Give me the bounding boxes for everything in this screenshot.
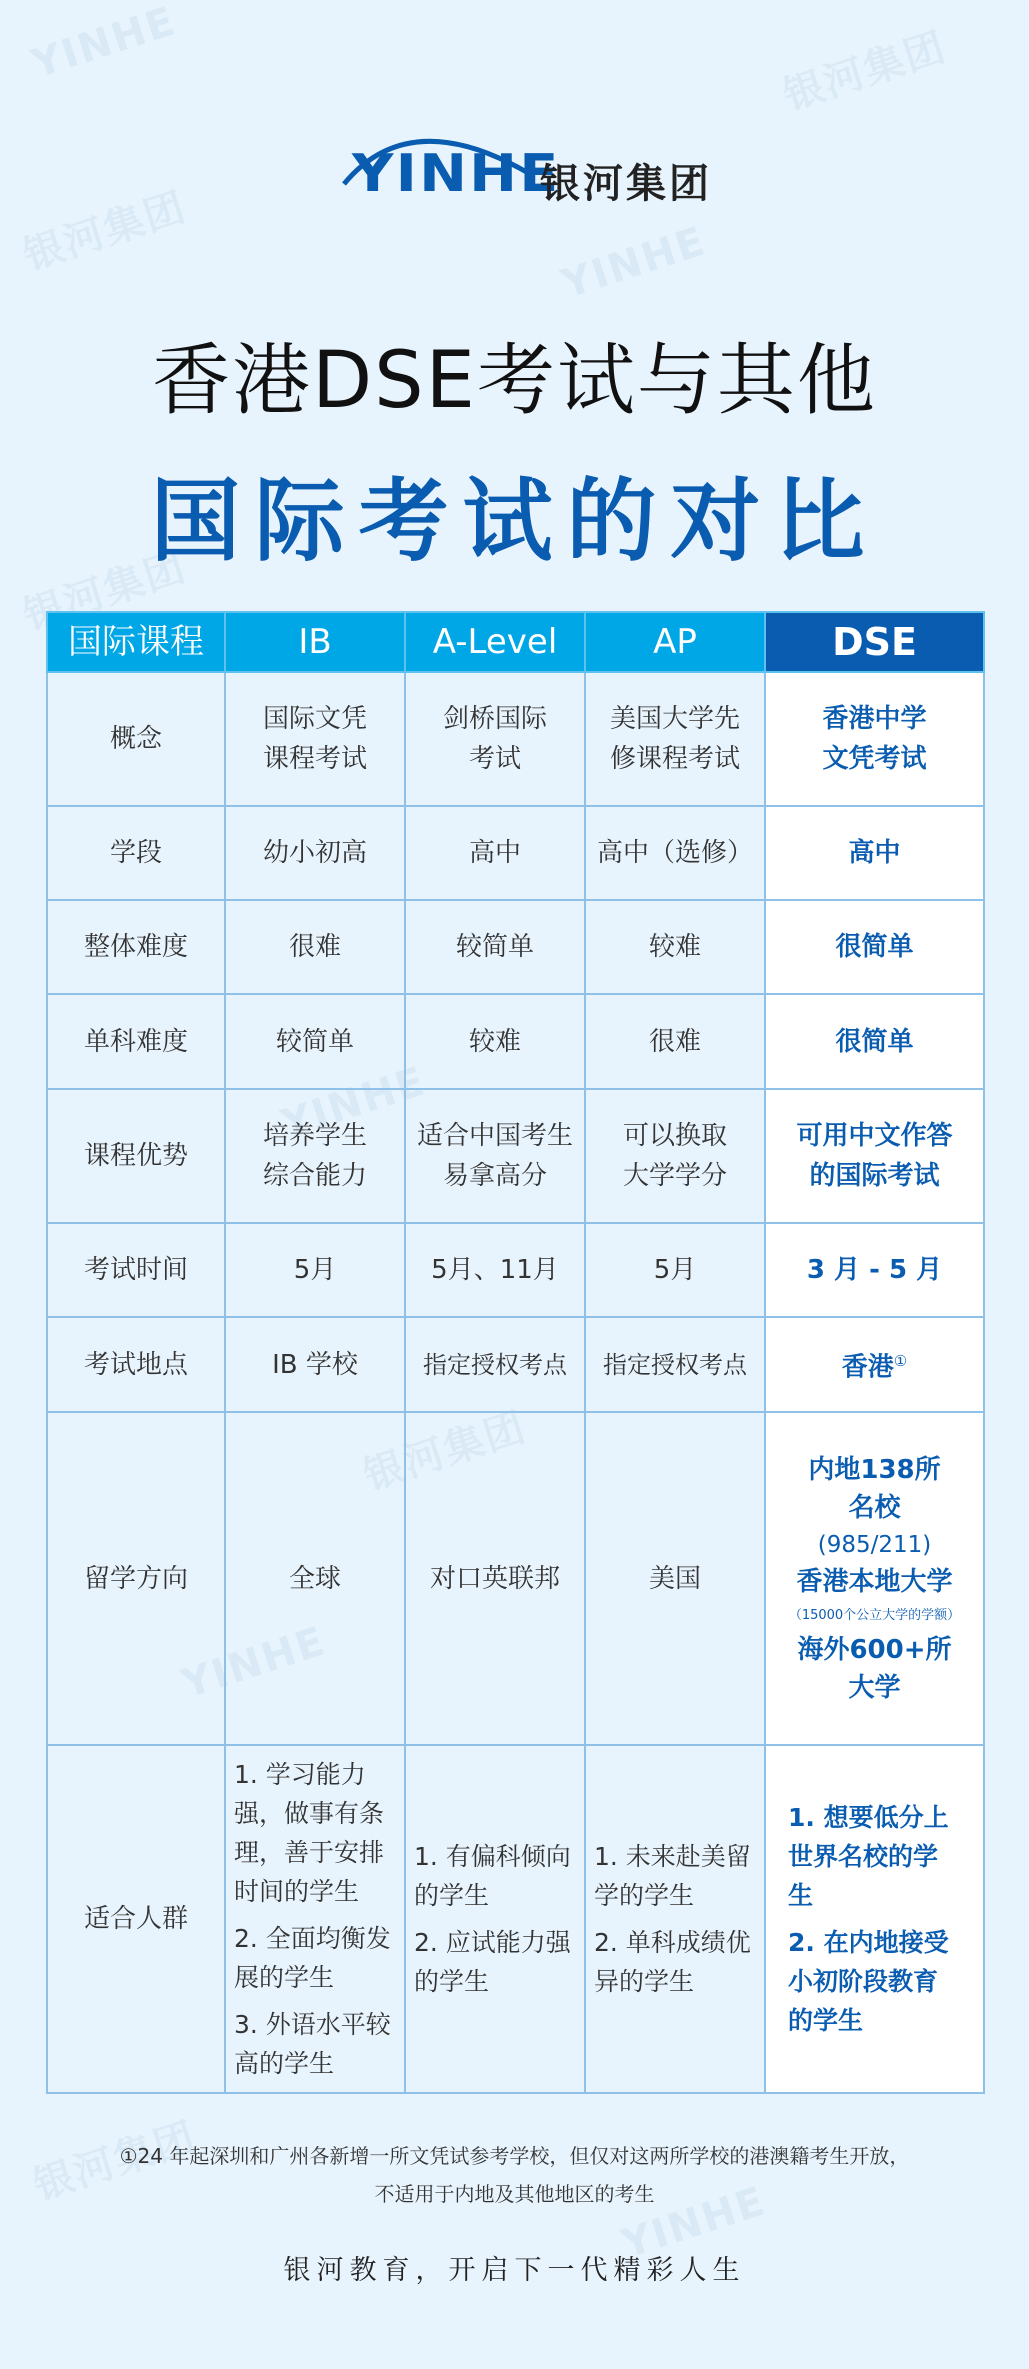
row-label: 课程优势 (47, 1089, 225, 1223)
header-dse: DSE (765, 612, 984, 672)
cell-ib: 1. 学习能力强，做事有条理，善于安排时间的学生 2. 全面均衡发展的学生 3.… (225, 1745, 405, 2093)
header-ib: IB (225, 612, 405, 672)
table-row: 留学方向 全球 对口英联邦 美国 内地138所 名校 (985/211) 香港本… (47, 1412, 984, 1745)
cell-ib: 5月 (225, 1223, 405, 1317)
cell-dse: 很简单 (765, 994, 984, 1089)
comparison-table: 国际课程 IB A-Level AP DSE 概念 国际文凭课程考试 剑桥国际考… (46, 611, 985, 2094)
cell-dse: 香港中学文凭考试 (765, 672, 984, 806)
cell-dse: 内地138所 名校 (985/211) 香港本地大学 （15000个公立大学的学… (765, 1412, 984, 1745)
cell-ap: 可以换取大学学分 (585, 1089, 765, 1223)
cell-ap: 指定授权考点 (585, 1317, 765, 1412)
cell-ap: 较难 (585, 900, 765, 994)
cell-ap: 1. 未来赴美留学的学生 2. 单科成绩优异的学生 (585, 1745, 765, 2093)
table-row: 整体难度 很难 较简单 较难 很简单 (47, 900, 984, 994)
cell-ap: 美国大学先修课程考试 (585, 672, 765, 806)
watermark: 银河集团 (15, 175, 192, 281)
table-header-row: 国际课程 IB A-Level AP DSE (47, 612, 984, 672)
cell-dse: 3 月 - 5 月 (765, 1223, 984, 1317)
cell-dse: 香港① (765, 1317, 984, 1412)
header-ap: AP (585, 612, 765, 672)
cell-alevel: 剑桥国际考试 (405, 672, 585, 806)
cell-ib: 幼小初高 (225, 806, 405, 900)
cell-dse: 1. 想要低分上世界名校的学生 2. 在内地接受小初阶段教育的学生 (765, 1745, 984, 2093)
table-row: 学段 幼小初高 高中 高中（选修） 高中 (47, 806, 984, 900)
cell-dse: 可用中文作答的国际考试 (765, 1089, 984, 1223)
cell-alevel: 1. 有偏科倾向的学生 2. 应试能力强的学生 (405, 1745, 585, 2093)
table-row: 课程优势 培养学生综合能力 适合中国考生易拿高分 可以换取大学学分 可用中文作答… (47, 1089, 984, 1223)
cell-dse: 很简单 (765, 900, 984, 994)
cell-ap: 高中（选修） (585, 806, 765, 900)
table-row: 单科难度 较简单 较难 很难 很简单 (47, 994, 984, 1089)
table-row: 考试时间 5月 5月、11月 5月 3 月 - 5 月 (47, 1223, 984, 1317)
cell-ap: 美国 (585, 1412, 765, 1745)
table-row: 考试地点 IB 学校 指定授权考点 指定授权考点 香港① (47, 1317, 984, 1412)
row-label: 适合人群 (47, 1745, 225, 2093)
row-label: 考试时间 (47, 1223, 225, 1317)
table-row: 概念 国际文凭课程考试 剑桥国际考试 美国大学先修课程考试 香港中学文凭考试 (47, 672, 984, 806)
page-title-line1: 香港DSE考试与其他 (0, 318, 1029, 430)
cell-alevel: 较简单 (405, 900, 585, 994)
watermark: 银河集团 (775, 15, 952, 121)
row-label: 学段 (47, 806, 225, 900)
page-title-line2: 国际考试的对比 (0, 448, 1029, 578)
cell-ib: 很难 (225, 900, 405, 994)
footnote: ①24 年起深圳和广州各新增一所文凭试参考学校，但仅对这两所学校的港澳籍考生开放… (0, 2137, 1029, 2213)
table-row: 适合人群 1. 学习能力强，做事有条理，善于安排时间的学生 2. 全面均衡发展的… (47, 1745, 984, 2093)
logo-chinese-text: 银河集团 (540, 152, 712, 209)
footnote-mark: ① (894, 1352, 907, 1370)
brand-logo: YINHE 银河集团 (300, 110, 730, 200)
cell-alevel: 高中 (405, 806, 585, 900)
cell-ib: 培养学生综合能力 (225, 1089, 405, 1223)
row-label: 留学方向 (47, 1412, 225, 1745)
cell-alevel: 较难 (405, 994, 585, 1089)
cell-alevel: 5月、11月 (405, 1223, 585, 1317)
header-course: 国际课程 (47, 612, 225, 672)
slogan: 银河教育，开启下一代精彩人生 (0, 2248, 1029, 2287)
cell-dse: 高中 (765, 806, 984, 900)
cell-ib: 全球 (225, 1412, 405, 1745)
row-label: 整体难度 (47, 900, 225, 994)
cell-ib: IB 学校 (225, 1317, 405, 1412)
cell-ap: 5月 (585, 1223, 765, 1317)
cell-alevel: 指定授权考点 (405, 1317, 585, 1412)
row-label: 考试地点 (47, 1317, 225, 1412)
row-label: 单科难度 (47, 994, 225, 1089)
logo-latin-text: YINHE (352, 144, 561, 204)
row-label: 概念 (47, 672, 225, 806)
cell-alevel: 适合中国考生易拿高分 (405, 1089, 585, 1223)
cell-ib: 国际文凭课程考试 (225, 672, 405, 806)
cell-alevel: 对口英联邦 (405, 1412, 585, 1745)
cell-ap: 很难 (585, 994, 765, 1089)
cell-ib: 较简单 (225, 994, 405, 1089)
header-alevel: A-Level (405, 612, 585, 672)
watermark: YINHE (27, 0, 182, 88)
watermark: YINHE (557, 218, 712, 308)
